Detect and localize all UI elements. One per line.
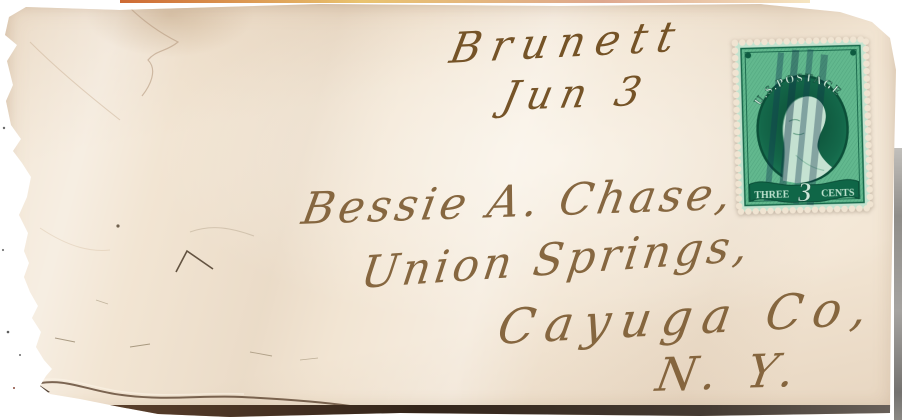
- faint-smudge: [190, 228, 254, 236]
- address-county-line: Cayuga Co,: [494, 280, 881, 356]
- postage-stamp: U.S.POSTAGE THREE CENTS 3: [731, 35, 875, 216]
- paper-fiber: [130, 344, 150, 347]
- stamp-cents-label: CENTS: [821, 188, 855, 200]
- paper-fiber: [250, 352, 272, 356]
- manuscript-postmark-date: Jun 3: [498, 69, 654, 120]
- crease-line: [30, 42, 120, 120]
- ink-speck: [116, 224, 119, 227]
- address-town-line: Union Springs,: [358, 220, 755, 299]
- envelope-bottom-shadow-edge: [30, 405, 902, 419]
- stamp-three-label: THREE: [754, 189, 790, 201]
- address-state-line: N. Y.: [652, 343, 807, 402]
- stamp-artwork: U.S.POSTAGE THREE CENTS 3: [731, 35, 875, 216]
- crease-line: [40, 228, 110, 250]
- dust-speck: [2, 249, 4, 251]
- tear-highlight: [36, 379, 244, 395]
- scan-edge-artifact-top: [120, 0, 810, 3]
- tear-notch: [38, 384, 50, 394]
- scanned-envelope-photo: Brunett Jun 3 Bessie A. Chase, Union Spr…: [0, 0, 902, 420]
- paper-fiber: [55, 338, 75, 342]
- dust-speck: [13, 387, 15, 389]
- tear-line: [36, 382, 350, 406]
- dust-speck: [7, 331, 10, 334]
- paper-fiber: [96, 300, 108, 304]
- dust-speck: [3, 127, 5, 129]
- scan-edge-artifact-right: [894, 148, 902, 420]
- dust-speck: [19, 354, 21, 356]
- paper-fiber: [300, 358, 318, 360]
- stamp-denomination: 3: [797, 177, 812, 207]
- manuscript-postmark-name: Brunett: [446, 11, 689, 73]
- check-mark: [176, 251, 213, 272]
- crease-line: [128, 6, 178, 96]
